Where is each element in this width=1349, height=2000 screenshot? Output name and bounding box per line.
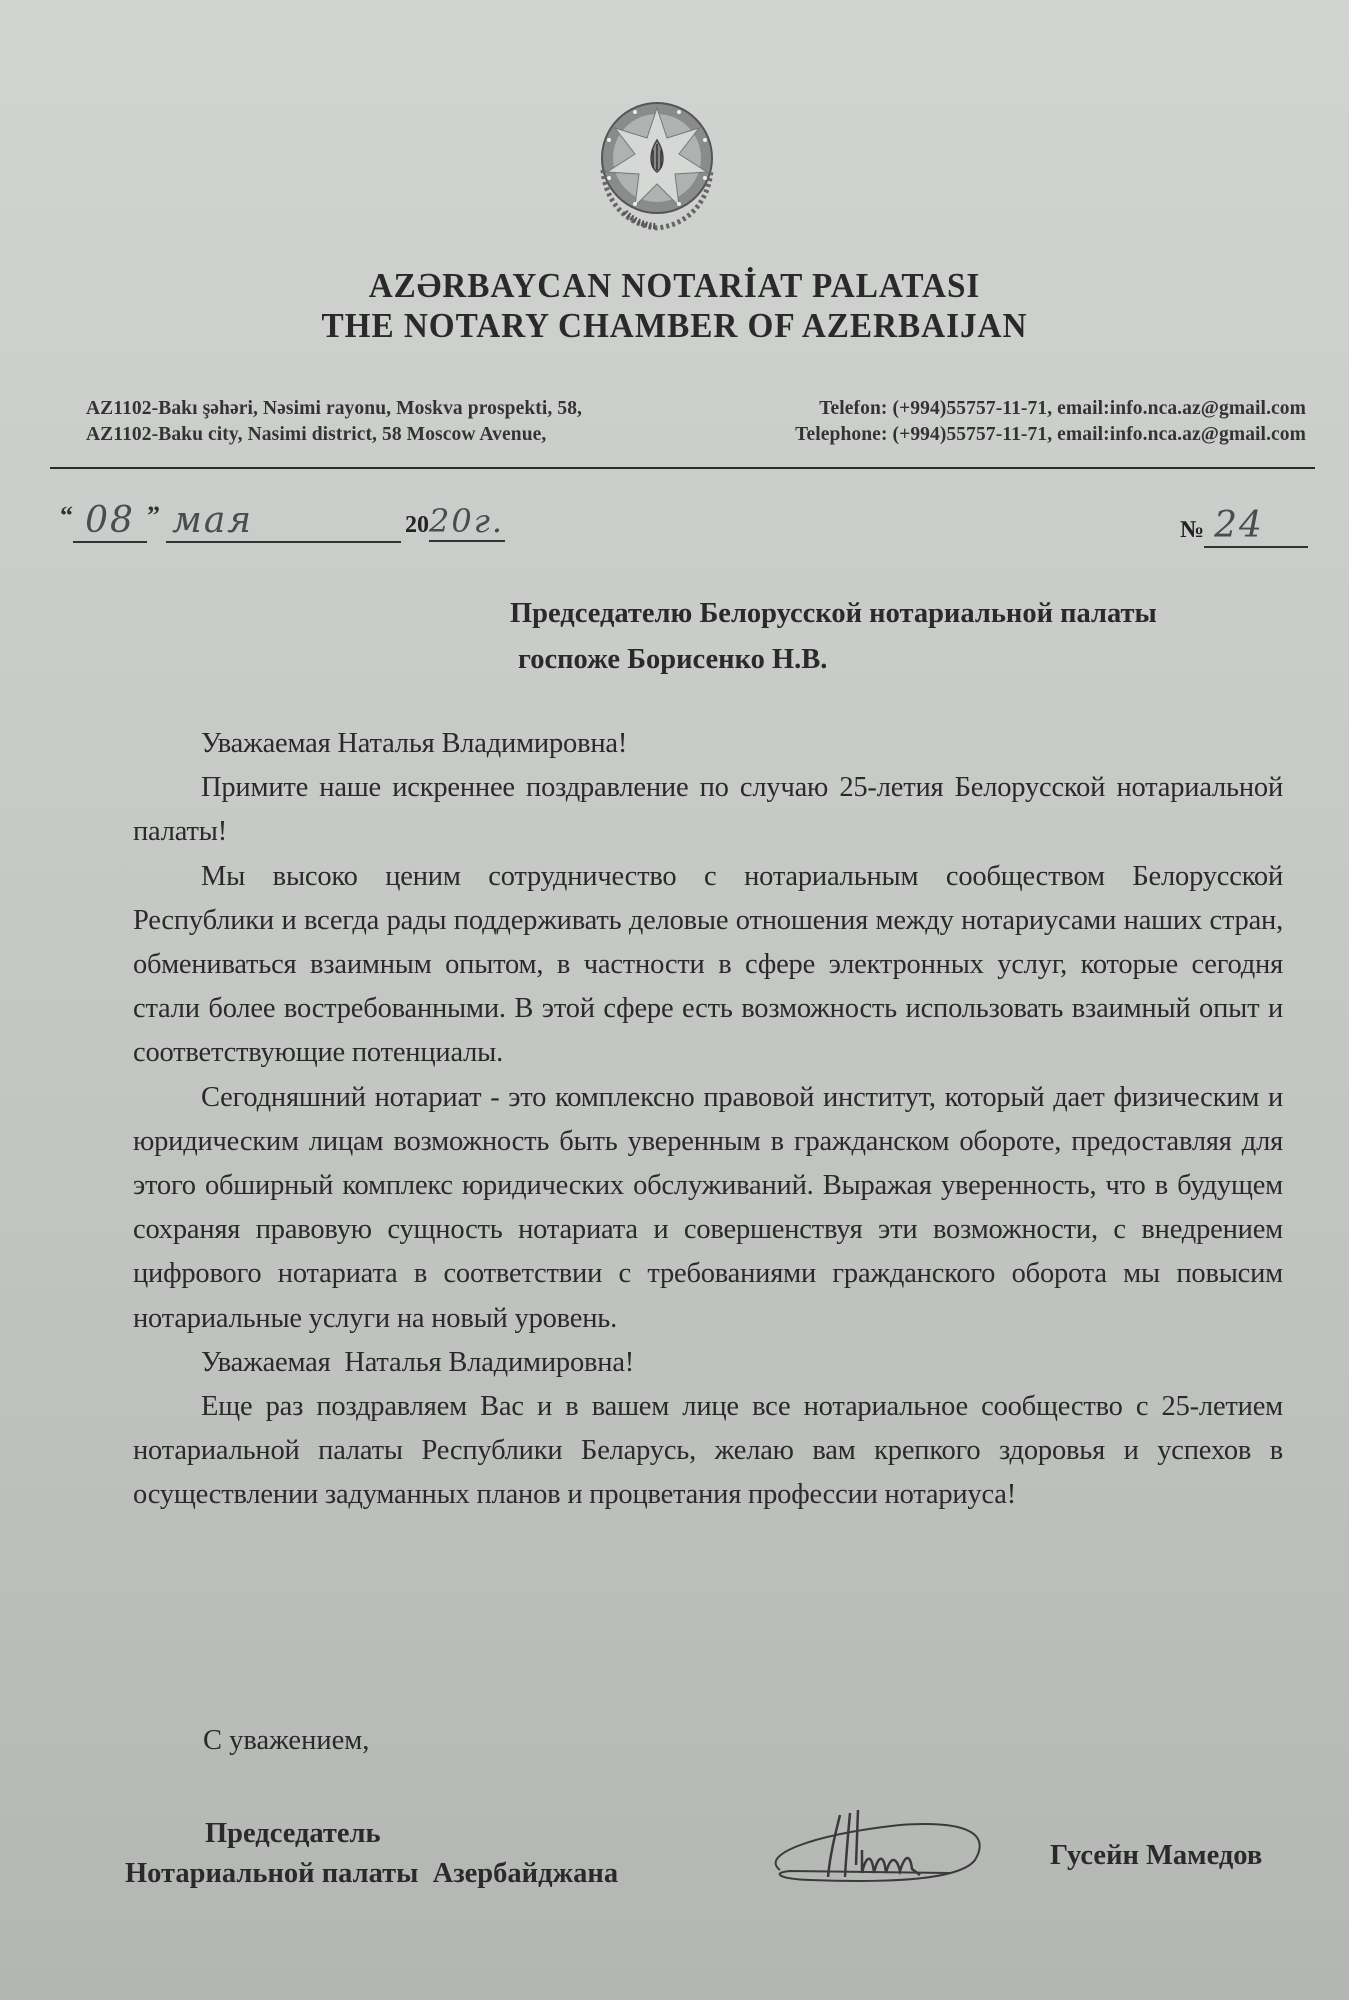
- letter-body: Уважаемая Наталья Владимировна! Примите …: [133, 722, 1283, 1518]
- letterhead-divider: [50, 467, 1315, 469]
- letter-number: №24: [1180, 505, 1308, 548]
- body-paragraph: Примите наше искреннее поздравление по с…: [133, 766, 1283, 854]
- letterhead-title-az: AZƏRBAYCAN NOTARİAT PALATASI: [34, 266, 1316, 306]
- open-quote: “: [60, 501, 73, 530]
- address-en: AZ1102-Baku city, Nasimi district, 58 Mo…: [86, 424, 546, 445]
- addressee-line1: Председателю Белорусской нотариальной па…: [510, 598, 1157, 630]
- signer-name: Гусейн Мамедов: [1050, 1840, 1262, 1872]
- date-month: мая: [166, 500, 401, 543]
- address-az: AZ1102-Bakı şəhəri, Nəsimi rayonu, Moskv…: [86, 398, 582, 419]
- letterhead-address-az: AZ1102-Bakı şəhəri, Nəsimi rayonu, Moskv…: [86, 398, 1286, 420]
- letter-date: “08” мая2020г.: [60, 500, 505, 540]
- closing-regards: С уважением,: [203, 1725, 369, 1757]
- date-year-suffix: 20г.: [429, 502, 505, 542]
- final-paragraph: Еще раз поздравляем Вас и в вашем лице в…: [133, 1385, 1283, 1518]
- azerbaijan-coat-of-arms-icon: [595, 100, 725, 235]
- handwritten-signature-icon: [750, 1795, 1000, 1895]
- number-value: 24: [1204, 505, 1308, 548]
- signer-title-line2: Нотариальной палаты Азербайджана: [125, 1858, 618, 1890]
- contact-az: Telefon: (+994)55757-11-71, email:info.n…: [819, 398, 1306, 420]
- salutation: Уважаемая Наталья Владимировна!: [133, 722, 1283, 766]
- salutation-repeat: Уважаемая Наталья Владимировна!: [133, 1341, 1283, 1385]
- signer-title-line1: Председатель: [205, 1818, 381, 1850]
- body-paragraph: Сегодняшний нотариат - это комплексно пр…: [133, 1076, 1283, 1341]
- letterhead-title-en: THE NOTARY CHAMBER OF AZERBAIJAN: [34, 306, 1316, 346]
- number-label: №: [1180, 517, 1204, 543]
- contact-en: Telephone: (+994)55757-11-71, email:info…: [795, 424, 1306, 446]
- close-quote: ”: [147, 501, 160, 530]
- date-day: 08: [73, 500, 147, 543]
- letterhead-address-en: AZ1102-Baku city, Nasimi district, 58 Mo…: [86, 424, 1286, 446]
- body-paragraph: Мы высоко ценим сотрудничество с нотариа…: [133, 855, 1283, 1076]
- addressee-line2: госпоже Борисенко Н.В.: [518, 644, 827, 676]
- date-year-prefix: 20: [405, 512, 429, 538]
